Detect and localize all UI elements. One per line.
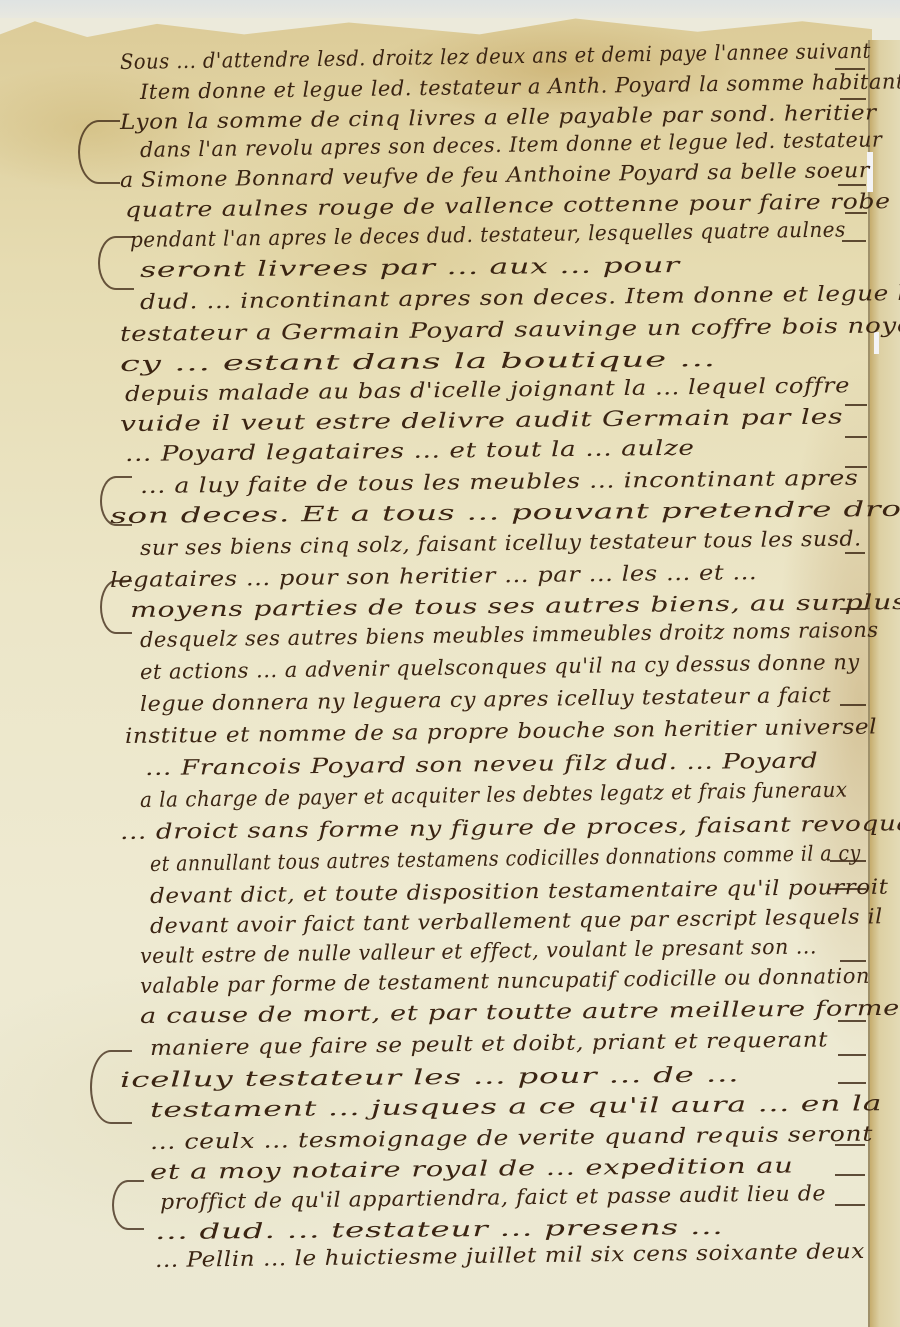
text-line: seront livrees par ... aux ... pour [140, 253, 680, 282]
text-line: ... dud. ... testateur ... presens ... [155, 1215, 724, 1244]
line-fill-dash [845, 466, 867, 468]
line-fill-dash [842, 240, 866, 242]
line-fill-dash [835, 68, 865, 70]
line-fill-dash [840, 98, 866, 100]
background-strip [0, 0, 900, 18]
line-fill-dash [835, 1174, 865, 1176]
left-margin-flourish [98, 236, 134, 290]
line-fill-dash [840, 704, 866, 706]
line-fill-dash [838, 184, 866, 186]
text-line: cy ... estant dans la boutique ... [120, 347, 716, 376]
line-fill-dash [845, 436, 867, 438]
left-margin-flourish [90, 1050, 132, 1124]
left-margin-flourish [100, 476, 132, 526]
line-fill-dash [838, 1082, 866, 1084]
line-fill-dash [835, 1204, 865, 1206]
line-fill-dash [845, 212, 867, 214]
line-fill-dash [830, 888, 866, 890]
left-margin-flourish [78, 120, 120, 184]
line-fill-dash [840, 608, 866, 610]
line-fill-dash [840, 960, 866, 962]
left-margin-flourish [112, 1180, 144, 1230]
line-fill-dash [845, 552, 865, 554]
line-fill-dash [845, 404, 867, 406]
line-fill-dash [838, 1020, 866, 1022]
left-margin-flourish [100, 580, 132, 634]
line-fill-dash [838, 1054, 866, 1056]
line-fill-dash [830, 860, 866, 862]
line-fill-dash [835, 1144, 865, 1146]
